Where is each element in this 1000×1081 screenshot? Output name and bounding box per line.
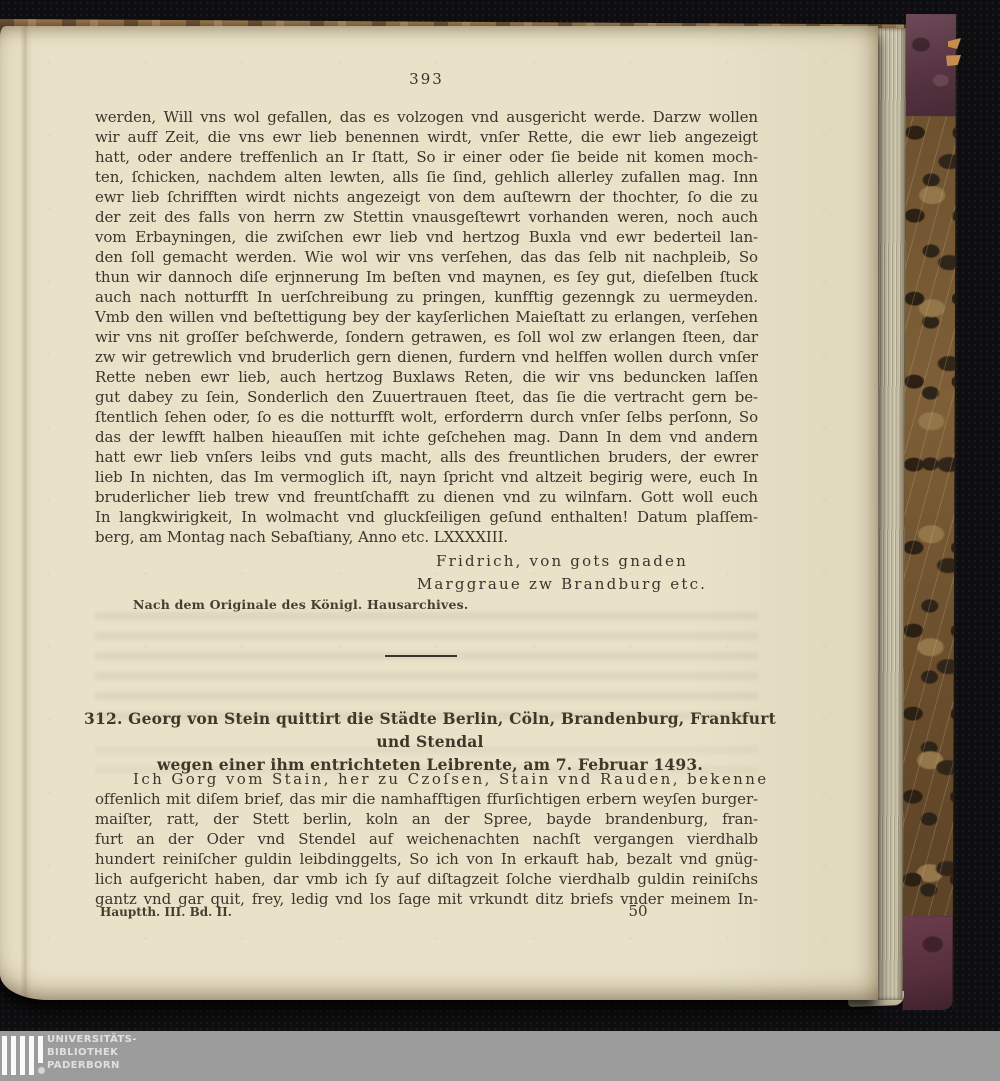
logo-bar xyxy=(11,1036,16,1075)
page-gutter-crease xyxy=(20,26,32,1000)
text-line: den ſoll gemacht werden. Wie wol wir vns… xyxy=(95,247,758,267)
text-line: BIBLIOTHEK xyxy=(47,1046,137,1059)
library-watermark-band: UNIVERSITÄTS-BIBLIOTHEKPADERBORN xyxy=(0,1031,1000,1081)
book-page: 393 werden, Will vns wol gefallen, das e… xyxy=(0,26,878,1000)
logo-bar xyxy=(38,1036,43,1063)
text-line: UNIVERSITÄTS- xyxy=(47,1033,137,1046)
volume-mark: Hauptth. III. Bd. II. xyxy=(100,905,232,919)
text-line: PADERBORN xyxy=(47,1059,137,1072)
text-line: hatt ewr lieb vnſers leibs vnd guts mach… xyxy=(95,447,758,467)
text-line: bruderlicher lieb trew vnd freuntſchafft… xyxy=(95,487,758,507)
logo-dot xyxy=(38,1067,45,1074)
signature-block: Fridrich, von gots gnaden Marggraue zw B… xyxy=(252,550,872,596)
text-line: In langkwirigkeit, In wolmacht vnd gluck… xyxy=(95,507,758,527)
leather-corner-bottom xyxy=(903,916,953,1010)
book-scan-photo: 393 werden, Will vns wol gefallen, das e… xyxy=(0,0,1000,1081)
text-line: maiſter, ratt, der Stett berlin, koln an… xyxy=(95,809,758,829)
text-line: wir auff Zeit, die vns ewr lieb benennen… xyxy=(95,127,758,147)
text-line: zw wir getrewlich vnd bruderlich gern di… xyxy=(95,347,758,367)
text-line: das der lewfft halben hieauſſen mit icht… xyxy=(95,427,758,447)
text-line: werden, Will vns wol gefallen, das es vo… xyxy=(95,107,758,127)
section-heading: 312. Georg von Stein quittirt die Städte… xyxy=(80,707,780,776)
text-line: lieb In nichten, das Im vermoglich iſt, … xyxy=(95,467,758,487)
signature-name: Fridrich, von gots gnaden xyxy=(252,550,872,573)
text-line: wir vns nit groſſer beſchwerde, ſondern … xyxy=(95,327,758,347)
text-line: der zeit des falls von herrn zw Stettin … xyxy=(95,207,758,227)
text-line: ſtentlich ſehen oder, ſo es die notturff… xyxy=(95,407,758,427)
signature-title: Marggraue zw Brandburg etc. xyxy=(252,573,872,596)
sheet-signature-number: 50 xyxy=(620,902,656,920)
text-line: auch nach notturfft In uerſchreibung zu … xyxy=(95,287,758,307)
marbled-board xyxy=(903,116,956,916)
section-heading-line1: 312. Georg von Stein quittirt die Städte… xyxy=(80,707,780,753)
text-line: thun wir dannoch diſe erjnnerung Im beſt… xyxy=(95,267,758,287)
text-line: vom Erbayningen, die zwiſchen ewr lieb v… xyxy=(95,227,758,247)
text-line: lich aufgericht haben, dar vmb ich ſy au… xyxy=(95,869,758,889)
page-number: 393 xyxy=(95,70,758,88)
text-line: Vmb den willen vnd beſtettigung bey der … xyxy=(95,307,758,327)
letter-text-block: werden, Will vns wol gefallen, das es vo… xyxy=(95,107,758,547)
section-number: 312. xyxy=(84,709,123,728)
library-name: UNIVERSITÄTS-BIBLIOTHEKPADERBORN xyxy=(47,1033,137,1072)
text-line: Ich Gorg vom Stain, her zu Czoſsen, Stai… xyxy=(95,769,758,789)
text-line: offenlich mit diſem brief, das mir die n… xyxy=(95,789,758,809)
logo-bar xyxy=(2,1036,7,1075)
text-line: berg, am Montag nach Sebaſtiany, Anno et… xyxy=(95,527,758,547)
text-line: Rette neben ewr lieb, auch hertzog Buxla… xyxy=(95,367,758,387)
text-line: furt an der Oder vnd Stendel auf weichen… xyxy=(95,829,758,849)
section-title: Georg von Stein quittirt die Städte Berl… xyxy=(128,709,776,751)
text-line: ten, ſchicken, nachdem alten lewten, all… xyxy=(95,167,758,187)
text-line: hatt, oder andere treffenlich an Ir ſtat… xyxy=(95,147,758,167)
book-cover-edge xyxy=(901,14,956,1010)
source-note: Nach dem Originale des Königl. Hausarchi… xyxy=(133,597,468,612)
library-logo-icon xyxy=(2,1036,46,1076)
logo-bar xyxy=(20,1036,25,1075)
logo-bar xyxy=(29,1036,34,1075)
text-line: gut dabey zu ſein, Sonderlich den Zuuert… xyxy=(95,387,758,407)
document-text-block: Ich Gorg vom Stain, her zu Czoſsen, Stai… xyxy=(95,769,758,909)
text-line: ewr lieb ſchrifften wirdt nichts angezei… xyxy=(95,187,758,207)
section-divider xyxy=(385,655,457,657)
text-line: hundert reiniſcher guldin leibdinggelts,… xyxy=(95,849,758,869)
